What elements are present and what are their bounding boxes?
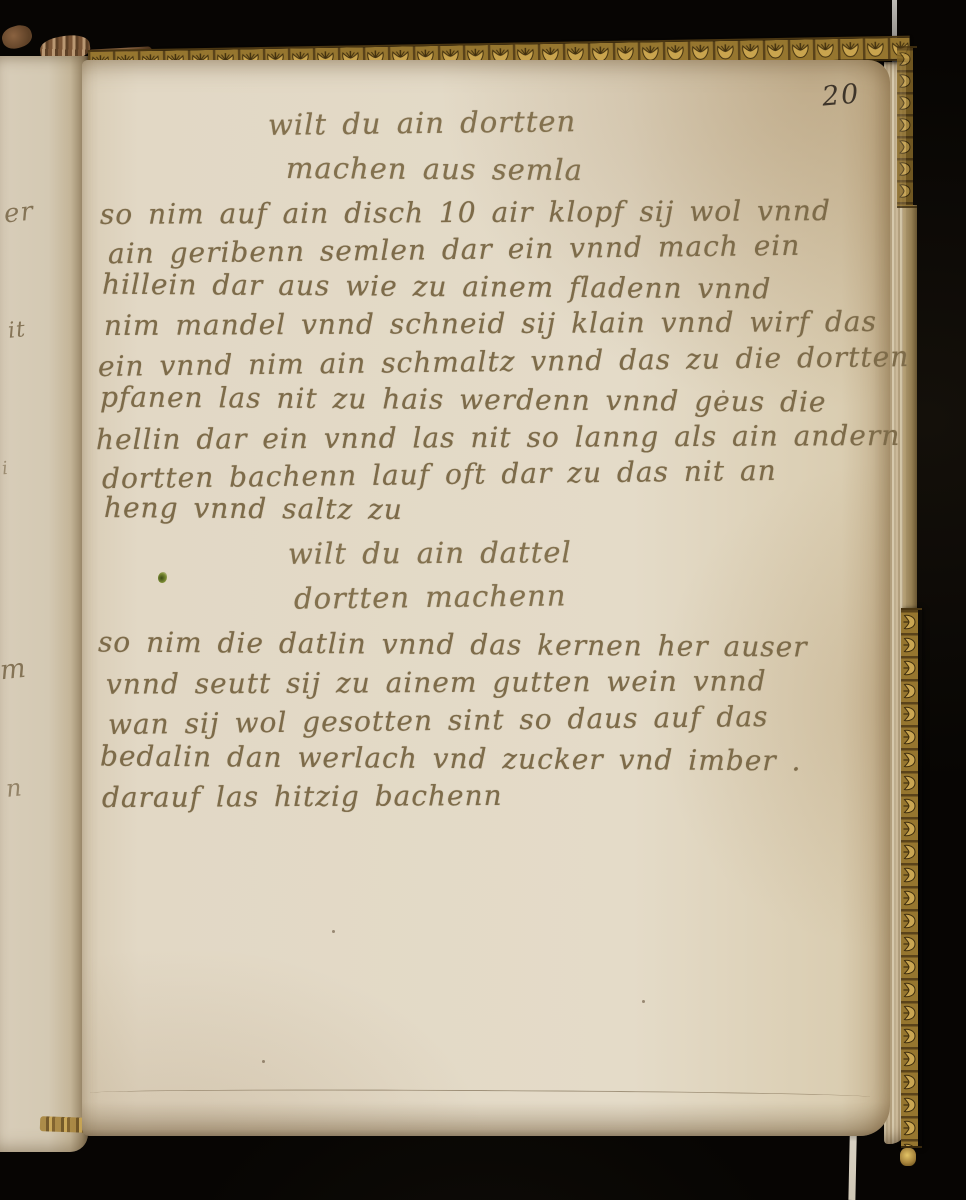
manuscript-text-line: so nim die datlin vnnd das kernen her au… (98, 626, 808, 664)
endband-knot (0, 22, 34, 51)
manuscript-text-line: hillein dar aus wie zu ainem fladenn vnn… (102, 268, 772, 306)
folio-number: 20 (820, 78, 861, 112)
gilt-fore-edge (901, 608, 922, 1148)
manuscript-text-line: so nim auf ain disch 10 air klopf sij wo… (100, 194, 831, 231)
fore-edge-shadow (903, 205, 917, 625)
manuscript-text-line: heng vnnd saltz zu (104, 491, 403, 526)
manuscript-text-line: ain geribenn semlen dar ein vnnd mach ei… (108, 229, 801, 270)
manuscript-text-line: ein vnnd nim ain schmaltz vnnd das zu di… (98, 340, 910, 383)
recipe-heading-line: machen aus semla (286, 151, 583, 187)
manuscript-text-line: dortten bachenn lauf oft dar zu das nit … (102, 454, 777, 495)
paper-speck (722, 390, 725, 393)
gilt-corner-fragment (900, 1148, 916, 1166)
facing-page-text-fragment: i (1, 458, 10, 480)
manuscript-page: 20 wilt du ain dortten machen aus semla … (82, 60, 890, 1136)
recipe-heading-line: wilt du ain dortten (268, 104, 577, 142)
recipe-heading-line: wilt du ain dattel (288, 535, 572, 570)
manuscript-text-line: vnnd seutt sij zu ainem gutten wein vnnd (106, 664, 767, 700)
green-speck (158, 572, 167, 583)
manuscript-text-line: bedalin dan werlach vnd zucker vnd imber… (100, 740, 802, 778)
page-crease (90, 1088, 870, 1103)
manuscript-text-line: hellin dar ein vnnd las nit so lanng als… (96, 419, 901, 456)
paper-speck (262, 1060, 265, 1063)
paper-speck (332, 930, 335, 933)
facing-page-text-fragment: m (0, 653, 28, 687)
facing-page-text-fragment: it (7, 317, 27, 344)
facing-page-text-fragment: er (3, 197, 36, 230)
manuscript-text-line: darauf las hitzig bachenn (102, 779, 503, 814)
manuscript-text-line: pfanen las nit zu hais werdenn vnnd geus… (100, 380, 827, 418)
recipe-heading-line: dortten machenn (294, 578, 567, 615)
facing-page-edge: er it i m n (0, 56, 88, 1152)
paper-speck (642, 1000, 645, 1003)
facing-page-text-fragment: n (5, 773, 24, 803)
photo-backdrop: er it i m n (0, 0, 966, 1200)
gilt-fore-edge-upper (897, 46, 917, 208)
manuscript-text-line: wan sij wol gesotten sint so daus auf da… (108, 700, 769, 741)
manuscript-text-line: nim mandel vnnd schneid sij klain vnnd w… (104, 305, 877, 342)
